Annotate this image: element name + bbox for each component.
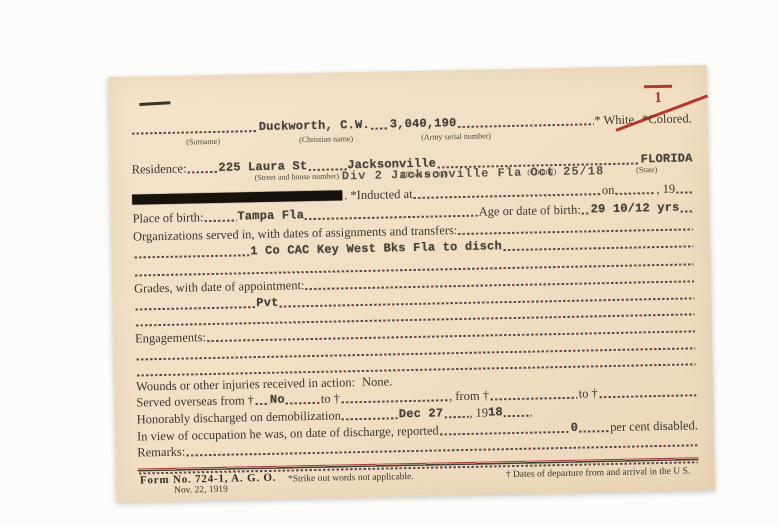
- dotted-leader: [615, 192, 655, 195]
- inducted-year-label: , 19: [656, 182, 675, 195]
- remarks-label: Remarks:: [137, 445, 185, 458]
- organizations-value: 1 Co CAC Key West Bks Fla to disch: [250, 240, 502, 257]
- service-card: 1 Duckworth, C.W. 3,040,190 * White *Col…: [108, 65, 715, 502]
- serial-number-caption: (Army serial number): [421, 132, 491, 141]
- dotted-leader: [504, 415, 532, 418]
- christian-name-caption: (Christian name): [299, 135, 353, 144]
- wounds-value: None.: [362, 375, 392, 388]
- inducted-label: . *Inducted at: [344, 187, 413, 201]
- scanned-page: 1 Duckworth, C.W. 3,040,190 * White *Col…: [0, 0, 778, 526]
- dotted-leader: [305, 215, 478, 220]
- dotted-leader: [342, 417, 398, 420]
- race-colored-label: *Colored.: [642, 112, 692, 125]
- dotted-leader: [599, 394, 696, 398]
- name-line: Duckworth, C.W. 3,040,190 * White *Color…: [131, 109, 692, 135]
- overseas-from1-value: No: [270, 394, 285, 406]
- discharge-year-value: 18: [488, 406, 503, 418]
- dotted-leader: [503, 245, 693, 251]
- dotted-leader: [681, 210, 693, 212]
- dotted-leader: [255, 403, 269, 405]
- disability-suffix-label: per cent disabled.: [610, 419, 698, 433]
- pen-dash-mark: [139, 101, 170, 105]
- overseas-from1-label: Served overseas from †: [136, 394, 254, 409]
- place-of-birth-value: Tampa Fla: [237, 209, 304, 222]
- state-caption: (State): [636, 166, 657, 174]
- dotted-leader: [188, 171, 218, 174]
- dotted-leader: [414, 193, 601, 199]
- dotted-leader: [308, 168, 346, 171]
- dotted-leader: [676, 191, 692, 193]
- serial-number-value: 3,040,190: [390, 117, 457, 130]
- age-label: Age or date of birth:: [479, 203, 581, 218]
- red-overline-mark: [644, 85, 672, 88]
- dotted-leader: [490, 397, 578, 401]
- age-value: 29 10/12 yrs: [591, 202, 680, 216]
- form-date: Nov. 22, 1919: [174, 486, 228, 497]
- dotted-leader: [341, 399, 448, 403]
- surname-caption: (Surname): [186, 138, 220, 147]
- strike-out-note: *Strike out words not applicable.: [288, 473, 414, 485]
- race-white-label: * White: [594, 113, 634, 126]
- grade-value: Pvt: [256, 297, 278, 309]
- discharge-year-label: , 19: [469, 406, 488, 419]
- dotted-leader: [132, 130, 258, 135]
- surname-value: Duckworth, C.W.: [259, 119, 370, 133]
- dotted-leader: [371, 127, 389, 129]
- dotted-leader: [579, 430, 609, 433]
- inducted-on-label: on: [602, 183, 615, 196]
- overseas-from2-label: , from †: [449, 389, 489, 402]
- place-of-birth-label: Place of birth:: [133, 211, 204, 225]
- redaction-bar: [132, 190, 342, 204]
- overseas-to1-label: to †: [321, 392, 340, 405]
- grades-label: Grades, with date of appointment:: [134, 279, 305, 295]
- dotted-leader: [458, 123, 594, 128]
- page-marker: 1: [654, 91, 662, 106]
- dotted-leader: [582, 212, 590, 214]
- disability-value: 0: [571, 422, 579, 434]
- dotted-leader: [134, 254, 249, 258]
- state-value: FLORIDA: [641, 152, 693, 165]
- induction-stamp-value: Div 2 Jacksonville Fla Oct 25/18: [342, 165, 605, 182]
- overseas-to2-label: to †: [579, 387, 598, 400]
- dotted-leader: [205, 219, 237, 222]
- discharge-date-value: Dec 27: [399, 407, 444, 420]
- dotted-leader: [286, 402, 320, 405]
- engagements-label: Engagements:: [135, 331, 206, 345]
- street-caption: (Street and house number): [254, 172, 339, 182]
- dagger-note: † Dates of departure from and arrival in…: [506, 467, 691, 480]
- residence-label: Residence:: [132, 162, 187, 176]
- dotted-leader: [444, 416, 468, 418]
